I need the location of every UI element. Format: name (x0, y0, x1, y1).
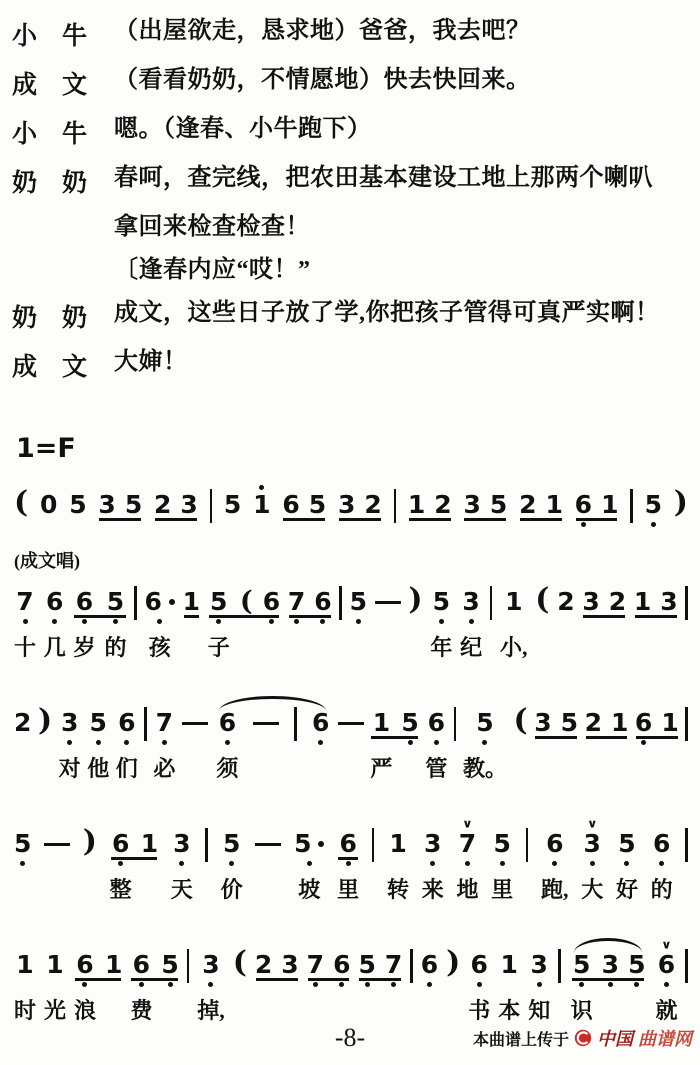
note-digit-row: 2 (609, 589, 626, 615)
lyric-syllable: 本 (498, 997, 520, 1025)
note-digit: 6 (282, 492, 299, 518)
octave-dot-below (482, 740, 487, 745)
note-digit: 5 (223, 831, 240, 857)
note-digit-row: 1 (16, 952, 33, 978)
note: 1 (661, 696, 678, 749)
note-digit: 5 (401, 710, 418, 736)
note: 3 (338, 478, 355, 531)
note: ∨7地 (456, 817, 478, 904)
note-digit-row: 1 (373, 710, 390, 736)
note-digit-row: 5 (476, 710, 493, 736)
note-digit-row: 1 (253, 492, 270, 518)
note-digit: 5 (161, 952, 178, 978)
note-below-area (557, 619, 574, 628)
octave-dot-below (552, 861, 557, 866)
note: 7 (288, 575, 305, 628)
slur-group: 6须6 (214, 696, 331, 783)
note-below-area (338, 522, 355, 531)
octave-dot-below (434, 740, 439, 745)
octave-dot-below (162, 740, 167, 745)
beam-group: 6整1 (110, 817, 158, 904)
score-page: 小 牛（出屋欲走，恳求地）爸爸，我去吧？成 文（看看奶奶，不情愿地）快去快回来。… (0, 0, 700, 1025)
note-digit-row: 3 (61, 710, 78, 736)
note: 1小, (500, 575, 528, 662)
singer-label: (成文唱) (14, 547, 690, 573)
paren-symbol: ) (38, 706, 52, 736)
note-below-area (616, 861, 638, 870)
note-below-area (421, 982, 438, 991)
beam-group: 35 (463, 478, 507, 531)
octave-dot-below (318, 740, 323, 745)
note-below-area (110, 861, 132, 870)
octave-dot-below (118, 861, 123, 866)
augmentation-dot (169, 599, 175, 605)
dialogue-row: 拿回来检查检查！ (12, 212, 690, 242)
octave-dot-below (590, 861, 595, 866)
note-below-area (581, 861, 603, 870)
note-digit-row: 6 (635, 710, 652, 736)
note: 2 (154, 478, 171, 531)
paren-symbol: ( (535, 585, 549, 615)
note-digit: 7 (385, 952, 402, 978)
intro-music: (053523516532123521615) (12, 478, 690, 531)
note: 3知 (528, 938, 550, 1025)
note-digit: 6 (421, 952, 438, 978)
note-below-area (125, 522, 142, 531)
lyric-syllable: 坡 (298, 876, 320, 904)
note-digit-row: 5 (294, 831, 324, 857)
breath-mark: ∨ (587, 819, 598, 831)
watermark: 本曲谱上传于 中国曲谱网 (473, 1025, 692, 1051)
beam-group: 23 (255, 938, 299, 991)
dialogue-row: 成 文大婶！ (12, 347, 690, 383)
note-digit: 2 (154, 492, 171, 518)
note: 6孩 (144, 575, 174, 662)
note-below-area (364, 522, 381, 531)
note-digit: 5 (125, 492, 142, 518)
beam-underline (99, 518, 141, 521)
octave-dot-below (356, 619, 361, 624)
note-digit: 3 (463, 492, 480, 518)
note-below-area (370, 740, 392, 749)
dialogue-text: 拿回来检查检查！ (114, 212, 310, 242)
lyric-syllable: 好 (616, 876, 638, 904)
octave-dot-below (229, 861, 234, 866)
note: 1 (611, 696, 628, 749)
octave-dot-below (664, 982, 669, 987)
note-below-area (307, 982, 324, 991)
speaker-name (12, 212, 114, 242)
note-digit-row: 1 (501, 952, 518, 978)
octave-dot-below (294, 619, 299, 624)
note-digit: 6 (46, 589, 63, 615)
note: 6 (282, 478, 299, 531)
note: 5 (161, 938, 178, 991)
note-digit-row: 3 (281, 952, 298, 978)
beam-underline (586, 736, 628, 739)
note-below-area (425, 740, 447, 749)
note-digit: 5 (350, 589, 367, 615)
note-digit-row: 6 (312, 710, 329, 736)
beam-group: 35 (98, 478, 142, 531)
note-digit: 5 (573, 952, 590, 978)
lyric-syllable: 他 (87, 755, 109, 783)
note: 6书 (468, 938, 490, 1025)
note-digit: 1 (501, 952, 518, 978)
dialogue-row: 小 牛（出屋欲走，恳求地）爸爸，我去吧？ (12, 16, 690, 52)
note-digit: 2 (364, 492, 381, 518)
note-digit-row: 5 (224, 492, 241, 518)
octave-dot-below (216, 619, 221, 624)
note-digit: 1 (16, 952, 33, 978)
note-digit-row: 5 (309, 492, 326, 518)
lyric-syllable: 必 (153, 755, 175, 783)
note: 6 (314, 575, 331, 628)
site-logo-icon (574, 1029, 592, 1047)
note: 1 (601, 478, 618, 531)
note-below-area (387, 861, 409, 870)
note-digit-row: 6 (421, 952, 438, 978)
note-digit-row: 6 (263, 589, 280, 615)
slur-group: 5识35 (569, 938, 648, 1025)
note: 6浪 (74, 938, 96, 1025)
note: 2 (255, 938, 272, 991)
note-digit: 6 (653, 831, 670, 857)
dialogue-row: 成 文（看看奶奶，不情愿地）快去快回来。 (12, 65, 690, 101)
note-digit-row: 6 (333, 952, 350, 978)
note-digit-row: 1 (545, 492, 562, 518)
octave-dot-below (307, 861, 312, 866)
lyric-syllable: 孩 (149, 634, 171, 662)
dialogue-row: 小 牛嗯。（逢春、小牛跑下） (12, 114, 690, 150)
note: 5识 (571, 938, 593, 1025)
beam-underline (535, 736, 577, 739)
note-below-area (180, 522, 197, 531)
note-digit-row: 2 (364, 492, 381, 518)
lyric-syllable: 费 (130, 997, 152, 1025)
lyric-syllable: 识 (571, 997, 593, 1025)
note-digit: 1 (105, 952, 122, 978)
note-digit-row: 7 (16, 589, 33, 615)
note-digit: 1 (141, 831, 158, 857)
note-digit: 3 (61, 710, 78, 736)
note-digit-row: 1 (601, 492, 618, 518)
note: 0 (40, 478, 57, 531)
note-digit: 5 (645, 492, 662, 518)
note-below-area (456, 861, 478, 870)
note-below-area (44, 619, 66, 628)
dialogue-row: 奶 奶成文，这些日子放了学,你把孩子管得可真严实啊！ (12, 298, 690, 334)
note-digit: 2 (609, 589, 626, 615)
note: 2 (585, 696, 602, 749)
octave-dot-below (313, 982, 318, 987)
note: 5 (401, 696, 418, 749)
vocal-music-section: 7十6几6岁5的6孩15子(6765)5年3纪1小,(232132)3对5他6们… (12, 575, 690, 1025)
duration-dash (338, 722, 364, 725)
note-digit-row: 6 (76, 589, 93, 615)
key-signature: 1=F (16, 433, 690, 464)
note-digit-row: 1 (408, 492, 425, 518)
lyric-syllable: 天 (171, 876, 193, 904)
lyric-syllable: 价 (221, 876, 243, 904)
note-below-area (491, 861, 513, 870)
beam-group: 5识35 (571, 938, 646, 1025)
note-digit: 6 (76, 952, 93, 978)
note-digit: 0 (40, 492, 57, 518)
note-below-area (358, 982, 375, 991)
duration-dash (44, 843, 70, 846)
note: 2 (364, 478, 381, 531)
note: 3 (180, 478, 197, 531)
note-digit: 2 (255, 952, 272, 978)
octave-dot-below (157, 619, 162, 624)
barline (339, 586, 342, 620)
note-digit-row: 3 (173, 831, 190, 857)
dialogue-text: 嗯。（逢春、小牛跑下） (114, 114, 372, 150)
dialogue-text: 春呵，查完线，把农田基本建设工地上那两个喇叭 (114, 163, 653, 199)
note: 6 (312, 696, 329, 749)
note-digit: 6 (314, 589, 331, 615)
note-below-area (208, 619, 230, 628)
note-digit: 3 (424, 831, 441, 857)
note-digit: 2 (519, 492, 536, 518)
note-digit-row: 1 (634, 589, 651, 615)
note-digit-row: 5 (14, 831, 31, 857)
note-digit-row: 2 (154, 492, 171, 518)
note: 5坡 (294, 817, 324, 904)
note: 6须 (216, 696, 238, 783)
note-digit: 5 (561, 710, 578, 736)
octave-dot-below (427, 982, 432, 987)
beam-group: 76 (307, 938, 351, 991)
lyric-syllable: 掉, (197, 997, 225, 1025)
note-digit: 5 (618, 831, 635, 857)
note-below-area (385, 982, 402, 991)
beam-underline (131, 978, 177, 981)
note-digit-row: 6 (118, 710, 135, 736)
octave-dot-below (67, 740, 72, 745)
note-digit-row: 5 (161, 952, 178, 978)
note-digit-row: 6 (653, 831, 670, 857)
note: 3 (582, 575, 599, 628)
note-below-area (14, 861, 31, 870)
note: 6整 (110, 817, 132, 904)
lyric-syllable: 几 (44, 634, 66, 662)
note-digit-row: 6 (339, 831, 356, 857)
octave-dot-below (579, 982, 584, 987)
note-digit: 3 (534, 710, 551, 736)
note: 6里 (337, 817, 359, 904)
note-below-area (628, 982, 645, 991)
note-digit: 6 (144, 589, 161, 615)
note-below-area (337, 861, 359, 870)
note-below-area (634, 619, 651, 628)
note-below-area (463, 740, 507, 749)
note-digit-row: 3 (462, 589, 479, 615)
note-digit: 3 (584, 831, 601, 857)
note-digit: 5 (107, 589, 124, 615)
note: 6 (635, 696, 652, 749)
note-digit: 5 (224, 492, 241, 518)
octave-dot-below (537, 982, 542, 987)
note-below-area (468, 982, 490, 991)
note-below-area (130, 982, 152, 991)
beam-underline (464, 518, 506, 521)
barline (372, 828, 375, 862)
note-digit: 7 (16, 589, 33, 615)
note-digit-row: 5 (628, 952, 645, 978)
barline (410, 949, 413, 983)
paren-symbol: ) (674, 488, 688, 518)
lyric-syllable: 地 (456, 876, 478, 904)
octave-dot-below (179, 861, 184, 866)
note-digit: 1 (46, 952, 63, 978)
note-digit: 6 (635, 710, 652, 736)
note: 5他 (87, 696, 109, 783)
note-digit: 5 (90, 710, 107, 736)
octave-dot-below (608, 982, 613, 987)
note-digit-row: 5 (223, 831, 240, 857)
note-digit: 2 (585, 710, 602, 736)
note-digit-row: 5 (490, 492, 507, 518)
beam-underline (520, 518, 562, 521)
octave-dot-below (113, 619, 118, 624)
lyric-syllable: 书 (468, 997, 490, 1025)
note: 1 (141, 817, 158, 870)
octave-dot-below (465, 861, 470, 866)
beam-underline (75, 978, 121, 981)
note-digit-row: 2 (255, 952, 272, 978)
barline (685, 707, 688, 741)
beam-group: 6浪1 (74, 938, 122, 1025)
octave-dot-below (500, 861, 505, 866)
note: 6 (263, 575, 280, 628)
octave-dot-below (23, 619, 28, 624)
note-below-area (14, 982, 36, 991)
note-digit: 3 (582, 589, 599, 615)
lyric-syllable: 整 (110, 876, 132, 904)
note-digit-row: 6 (76, 952, 93, 978)
note: 3天 (171, 817, 193, 904)
lyric-syllable: 里 (491, 876, 513, 904)
note-digit: 6 (575, 492, 592, 518)
barline (294, 707, 297, 741)
note-below-area (528, 982, 550, 991)
watermark-text: 本曲谱上传于 (473, 1027, 569, 1050)
note-digit-row: 1 (46, 952, 63, 978)
note: 6跑, (541, 817, 569, 904)
lyric-syllable: 跑, (541, 876, 569, 904)
note: 3 (602, 938, 619, 991)
octave-dot-below (225, 740, 230, 745)
note-below-area (651, 861, 673, 870)
note: 5 (358, 938, 375, 991)
note-below-area (534, 740, 551, 749)
note: 5 (490, 478, 507, 531)
note-below-area (288, 619, 305, 628)
speaker-name: 小 牛 (12, 114, 114, 150)
beam-group: 35 (534, 696, 578, 749)
note-digit-row: 1 (105, 952, 122, 978)
vocal-line-1: 7十6几6岁5的6孩15子(6765)5年3纪1小,(23213 (12, 575, 690, 662)
note-digit: 2 (14, 710, 31, 736)
note-below-area (655, 982, 677, 991)
lyric-syllable: 转 (387, 876, 409, 904)
lyric-syllable: 们 (116, 755, 138, 783)
note-digit-row: 3 (531, 952, 548, 978)
note-digit-row: 6 (219, 710, 236, 736)
note: 5 (628, 938, 645, 991)
beam-group: 1严5 (370, 696, 418, 783)
octave-dot-below (581, 522, 586, 527)
note-below-area (602, 982, 619, 991)
beam-group: 61 (575, 478, 619, 531)
note: 5里 (491, 817, 513, 904)
note-digit: 3 (338, 492, 355, 518)
speaker-name: 奶 奶 (12, 163, 114, 199)
note: 2 (519, 478, 536, 531)
beam-underline (583, 615, 625, 618)
note-digit-row: 6 (546, 831, 563, 857)
octave-dot-below (124, 740, 129, 745)
beam-group: 13 (634, 575, 678, 628)
vocal-line-2: 2)3对5他6们7必6须61严56管5教。(352161 (12, 696, 690, 783)
beam-underline (371, 736, 417, 739)
note: 6 (575, 478, 592, 531)
note-digit-row: 5 (493, 831, 510, 857)
note-digit: 1 (253, 492, 270, 518)
note: 5 (645, 478, 662, 531)
note-digit-row: 6 (133, 952, 150, 978)
note-digit: 6 (471, 952, 488, 978)
note-below-area (183, 619, 200, 628)
speaker-name: 成 文 (12, 65, 114, 101)
note-digit-row: 5 (433, 589, 450, 615)
lyric-syllable: 子 (208, 634, 230, 662)
note-digit-row: 5 (618, 831, 635, 857)
paren-glyph: ( (240, 589, 253, 615)
note-digit: 2 (557, 589, 574, 615)
beam-group: 21 (519, 478, 563, 531)
beam-group: 6岁5的 (73, 575, 126, 662)
note: 5 (309, 478, 326, 531)
note-digit-row: 6 (575, 492, 592, 518)
note-below-area (253, 522, 270, 531)
paren-symbol: ( (14, 488, 28, 518)
note-below-area (171, 861, 193, 870)
note-digit: 3 (281, 952, 298, 978)
note-below-area (575, 522, 592, 531)
note-digit-row: 5 (107, 589, 124, 615)
note-digit-row: 6 (46, 589, 63, 615)
paren-symbol: ( (233, 948, 247, 978)
note-digit: 1 (661, 710, 678, 736)
note: 5年 (430, 575, 452, 662)
lyric-syllable: 大 (581, 876, 603, 904)
note-below-area (645, 522, 662, 531)
note-digit-row: 5 (350, 589, 367, 615)
note: 3对 (59, 696, 81, 783)
note: 6 (421, 938, 438, 991)
beam-underline (636, 736, 678, 739)
duration-dash (253, 722, 279, 725)
lyric-syllable: 须 (216, 755, 238, 783)
note: 3纪 (460, 575, 482, 662)
beam-group: 61 (635, 696, 679, 749)
note-digit: 1 (611, 710, 628, 736)
octave-dot-below (139, 982, 144, 987)
lyric-syllable: 时 (14, 997, 36, 1025)
